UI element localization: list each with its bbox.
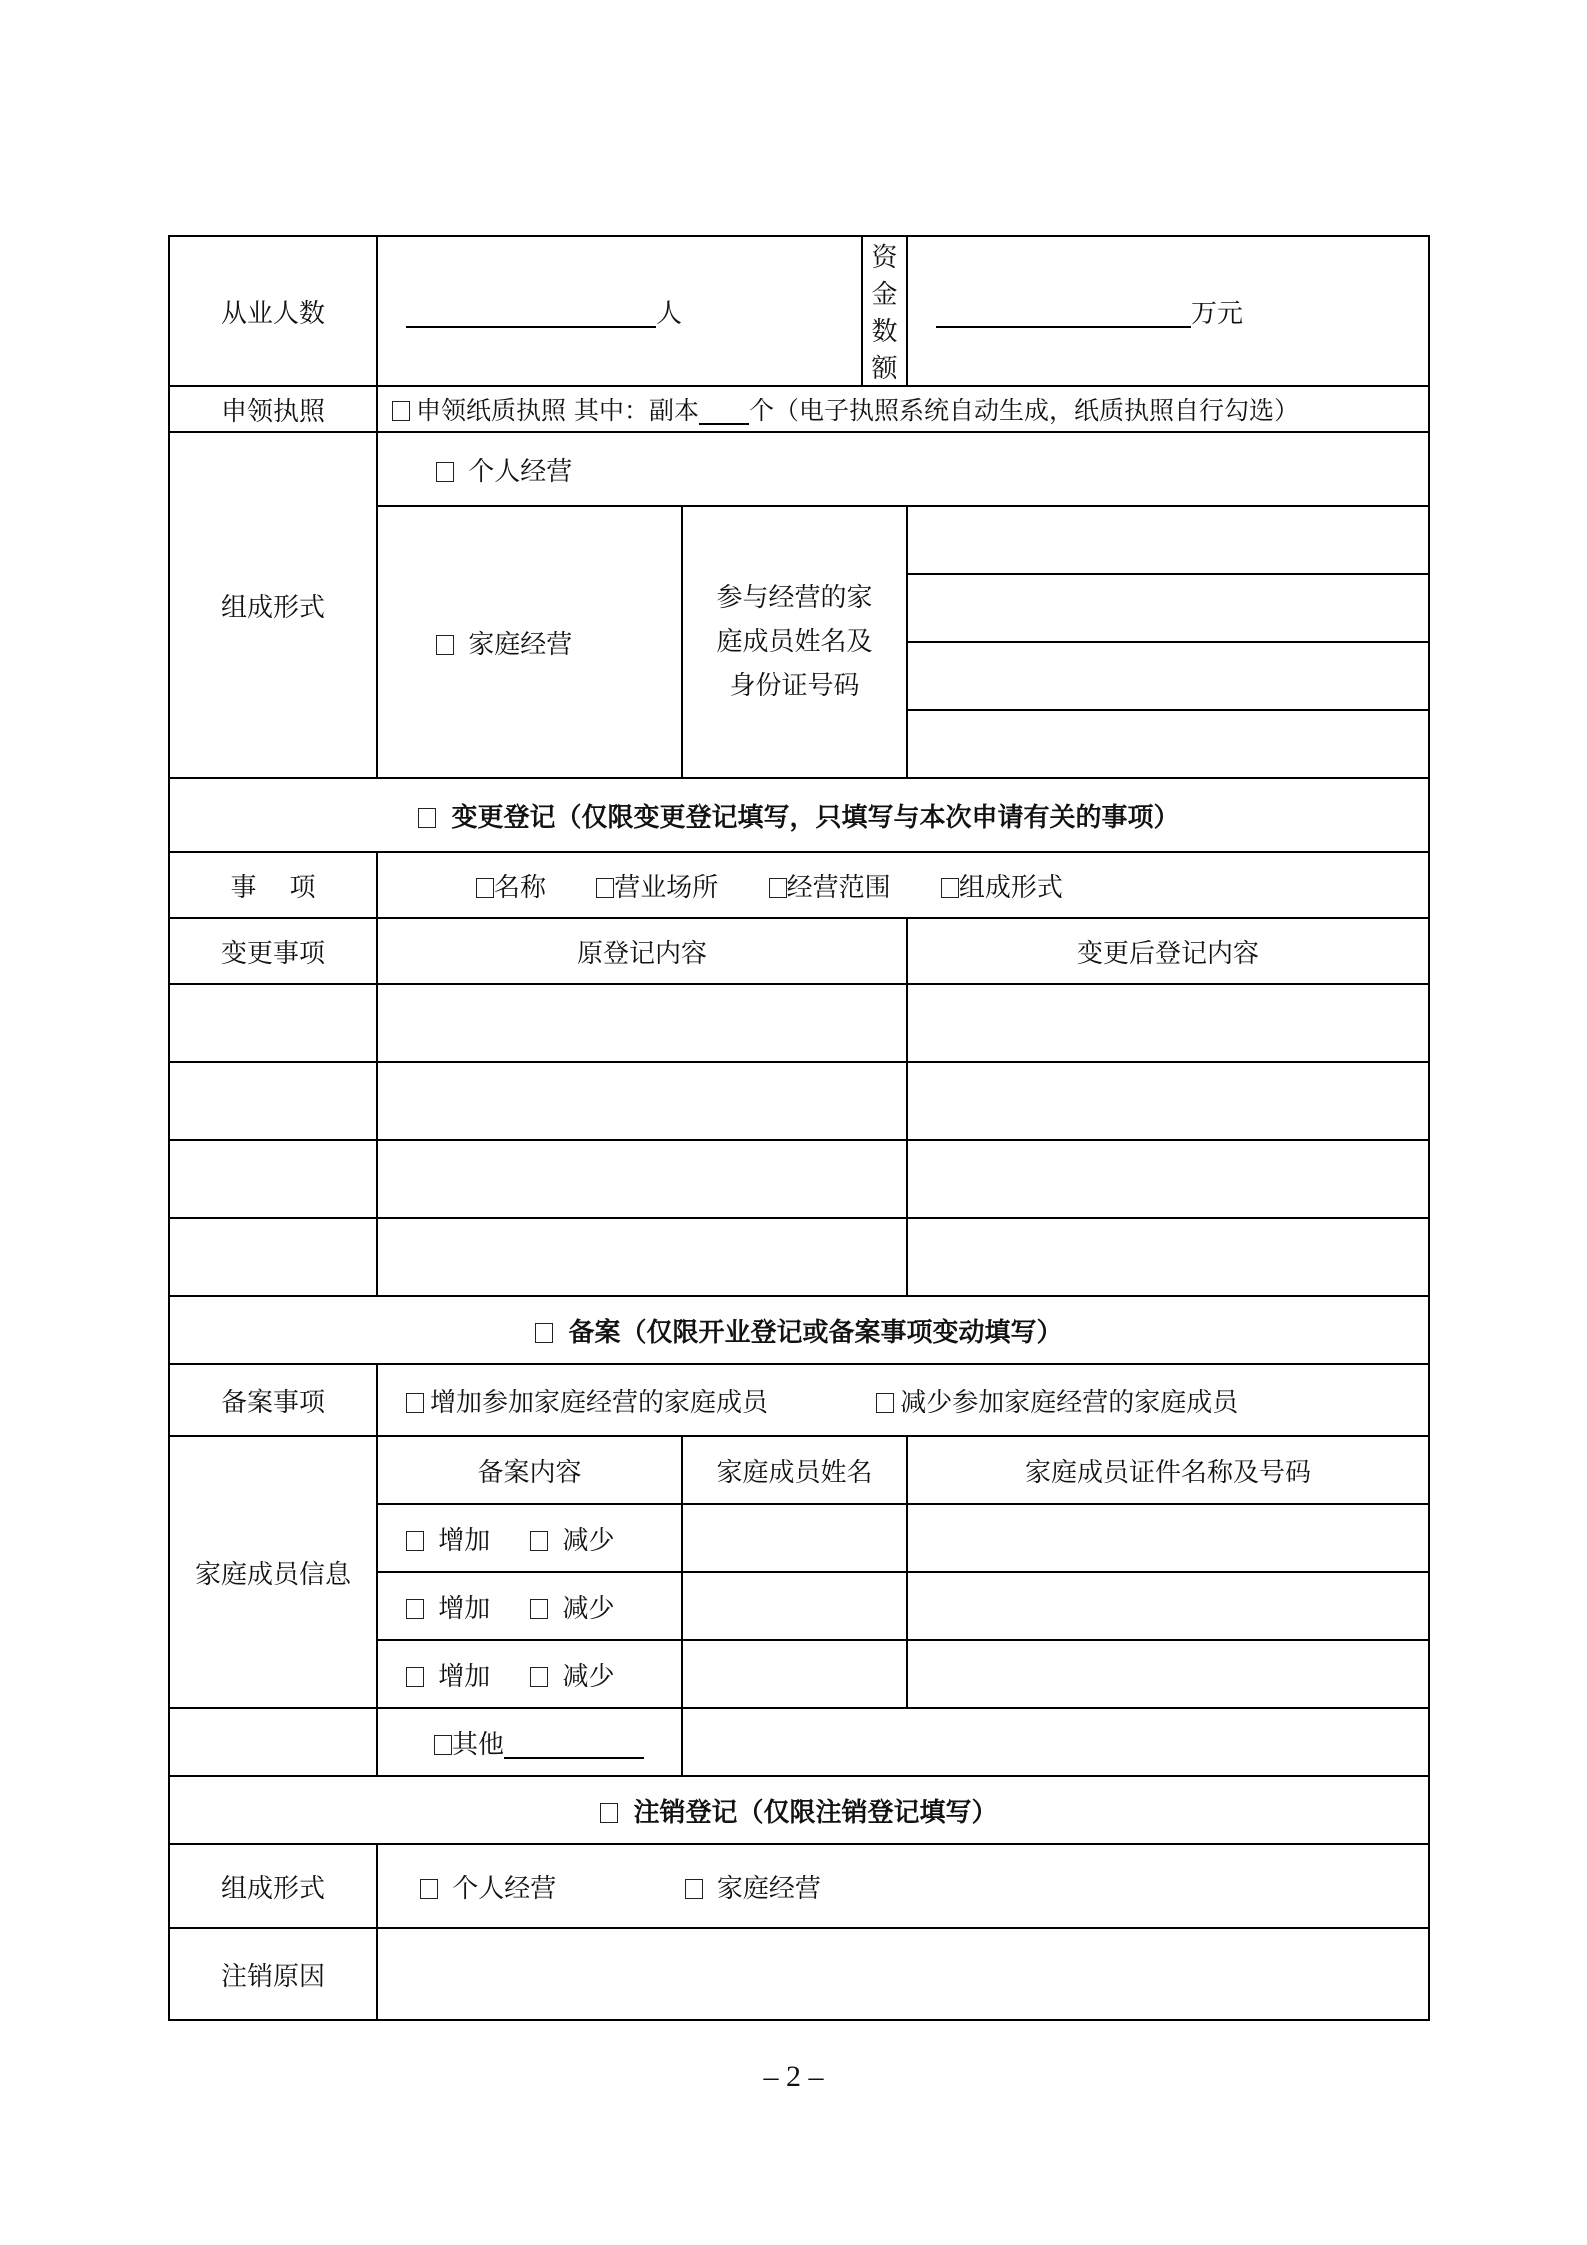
- checkbox-icon[interactable]: [876, 1393, 894, 1413]
- paper-license-checkbox[interactable]: [392, 401, 410, 421]
- filing-row-1-name[interactable]: [682, 1504, 907, 1572]
- filing-header-name: 家庭成员姓名: [682, 1436, 907, 1504]
- other-row-label-empty: [169, 1708, 377, 1776]
- filing-add-member-option[interactable]: 增加参加家庭经营的家庭成员: [406, 1382, 768, 1419]
- checkbox-icon[interactable]: [420, 1879, 438, 1899]
- filing-header-id: 家庭成员证件名称及号码: [907, 1436, 1429, 1504]
- change-item-premises[interactable]: 营业场所: [596, 867, 718, 904]
- reduce-option[interactable]: 减少: [530, 1656, 614, 1693]
- change-items: 名称 营业场所 经营范围 组成形式: [377, 852, 1429, 918]
- other-input[interactable]: [504, 1731, 644, 1759]
- add-option[interactable]: 增加: [406, 1656, 490, 1693]
- cancel-org-options: 个人经营 家庭经营: [377, 1844, 1429, 1928]
- capital-label: 资金数额: [862, 236, 907, 386]
- checkbox-icon[interactable]: [530, 1531, 548, 1551]
- checkbox-icon[interactable]: [406, 1393, 424, 1413]
- checkbox-icon[interactable]: [769, 878, 787, 898]
- change-item-name[interactable]: 名称: [476, 867, 546, 904]
- cancel-reason-input[interactable]: [377, 1928, 1429, 2020]
- change-row-4-original[interactable]: [377, 1218, 907, 1296]
- other-checkbox[interactable]: [434, 1735, 452, 1755]
- checkbox-icon[interactable]: [941, 878, 959, 898]
- checkbox-icon[interactable]: [406, 1599, 424, 1619]
- employees-unit: 人: [656, 299, 682, 329]
- cancel-section-title: 注销登记（仅限注销登记填写）: [169, 1776, 1429, 1844]
- family-members-label: 家庭成员信息: [169, 1436, 377, 1708]
- organization-label: 组成形式: [169, 432, 377, 778]
- filing-row-2-name[interactable]: [682, 1572, 907, 1640]
- member-entry-1[interactable]: [907, 506, 1429, 574]
- filing-other-detail[interactable]: [682, 1708, 1429, 1776]
- checkbox-icon[interactable]: [406, 1531, 424, 1551]
- employees-cell: 人: [377, 236, 862, 386]
- add-option[interactable]: 增加: [406, 1520, 490, 1557]
- individual-option[interactable]: 个人经营: [377, 432, 1429, 506]
- change-row-1-original[interactable]: [377, 984, 907, 1062]
- cancel-org-label: 组成形式: [169, 1844, 377, 1928]
- registration-form-table: 从业人数 人 资金数额 万元 申领执照 申领纸质执照 其中：副本个（电子执照系统…: [168, 235, 1430, 2021]
- member-entry-3[interactable]: [907, 642, 1429, 710]
- change-item-scope[interactable]: 经营范围: [769, 867, 891, 904]
- member-entry-2[interactable]: [907, 574, 1429, 642]
- checkbox-icon[interactable]: [685, 1879, 703, 1899]
- cancel-individual-option[interactable]: 个人经营: [420, 1868, 556, 1905]
- filing-row-2-content: 增加 减少: [377, 1572, 682, 1640]
- family-option[interactable]: 家庭经营: [377, 506, 682, 778]
- checkbox-icon[interactable]: [596, 878, 614, 898]
- filing-row-3-content: 增加 减少: [377, 1640, 682, 1708]
- change-row-3-item[interactable]: [169, 1140, 377, 1218]
- change-row-2-original[interactable]: [377, 1062, 907, 1140]
- filing-items-label: 备案事项: [169, 1364, 377, 1436]
- change-row-2-new[interactable]: [907, 1062, 1429, 1140]
- form-page: 从业人数 人 资金数额 万元 申领执照 申领纸质执照 其中：副本个（电子执照系统…: [0, 0, 1587, 2245]
- change-header-item: 变更事项: [169, 918, 377, 984]
- employees-label: 从业人数: [169, 236, 377, 386]
- checkbox-icon[interactable]: [406, 1667, 424, 1687]
- filing-row-1-content: 增加 减少: [377, 1504, 682, 1572]
- members-label: 参与经营的家 庭成员姓名及 身份证号码: [682, 506, 907, 778]
- filing-checkbox[interactable]: [535, 1323, 553, 1343]
- license-cell: 申领纸质执照 其中：副本个（电子执照系统自动生成，纸质执照自行勾选）: [377, 386, 1429, 432]
- member-entry-4[interactable]: [907, 710, 1429, 778]
- change-section-title: 变更登记（仅限变更登记填写，只填写与本次申请有关的事项）: [169, 778, 1429, 852]
- change-checkbox[interactable]: [418, 808, 436, 828]
- capital-unit: 万元: [1191, 299, 1243, 329]
- filing-row-1-id[interactable]: [907, 1504, 1429, 1572]
- change-row-4-item[interactable]: [169, 1218, 377, 1296]
- change-row-3-original[interactable]: [377, 1140, 907, 1218]
- change-row-1-new[interactable]: [907, 984, 1429, 1062]
- change-row-1-item[interactable]: [169, 984, 377, 1062]
- filing-row-2-id[interactable]: [907, 1572, 1429, 1640]
- capital-input[interactable]: [936, 296, 1191, 328]
- change-items-label: 事 项: [169, 852, 377, 918]
- page-number: – 2 –: [0, 2060, 1587, 2094]
- filing-row-3-id[interactable]: [907, 1640, 1429, 1708]
- change-header-original: 原登记内容: [377, 918, 907, 984]
- add-option[interactable]: 增加: [406, 1588, 490, 1625]
- filing-items: 增加参加家庭经营的家庭成员 减少参加家庭经营的家庭成员: [377, 1364, 1429, 1436]
- checkbox-icon[interactable]: [530, 1667, 548, 1687]
- reduce-option[interactable]: 减少: [530, 1588, 614, 1625]
- checkbox-icon[interactable]: [530, 1599, 548, 1619]
- employees-input[interactable]: [406, 296, 656, 328]
- change-row-3-new[interactable]: [907, 1140, 1429, 1218]
- cancel-checkbox[interactable]: [600, 1803, 618, 1823]
- filing-other-option[interactable]: 其他: [377, 1708, 682, 1776]
- copies-input[interactable]: [699, 397, 749, 425]
- filing-header-content: 备案内容: [377, 1436, 682, 1504]
- change-row-4-new[interactable]: [907, 1218, 1429, 1296]
- change-item-form[interactable]: 组成形式: [941, 867, 1063, 904]
- change-header-new: 变更后登记内容: [907, 918, 1429, 984]
- capital-cell: 万元: [907, 236, 1429, 386]
- checkbox-icon[interactable]: [476, 878, 494, 898]
- filing-reduce-member-option[interactable]: 减少参加家庭经营的家庭成员: [876, 1382, 1238, 1419]
- cancel-family-option[interactable]: 家庭经营: [685, 1868, 821, 1905]
- reduce-option[interactable]: 减少: [530, 1520, 614, 1557]
- filing-row-3-name[interactable]: [682, 1640, 907, 1708]
- filing-section-title: 备案（仅限开业登记或备案事项变动填写）: [169, 1296, 1429, 1364]
- family-checkbox[interactable]: [436, 635, 454, 655]
- license-label: 申领执照: [169, 386, 377, 432]
- cancel-reason-label: 注销原因: [169, 1928, 377, 2020]
- change-row-2-item[interactable]: [169, 1062, 377, 1140]
- individual-checkbox[interactable]: [436, 462, 454, 482]
